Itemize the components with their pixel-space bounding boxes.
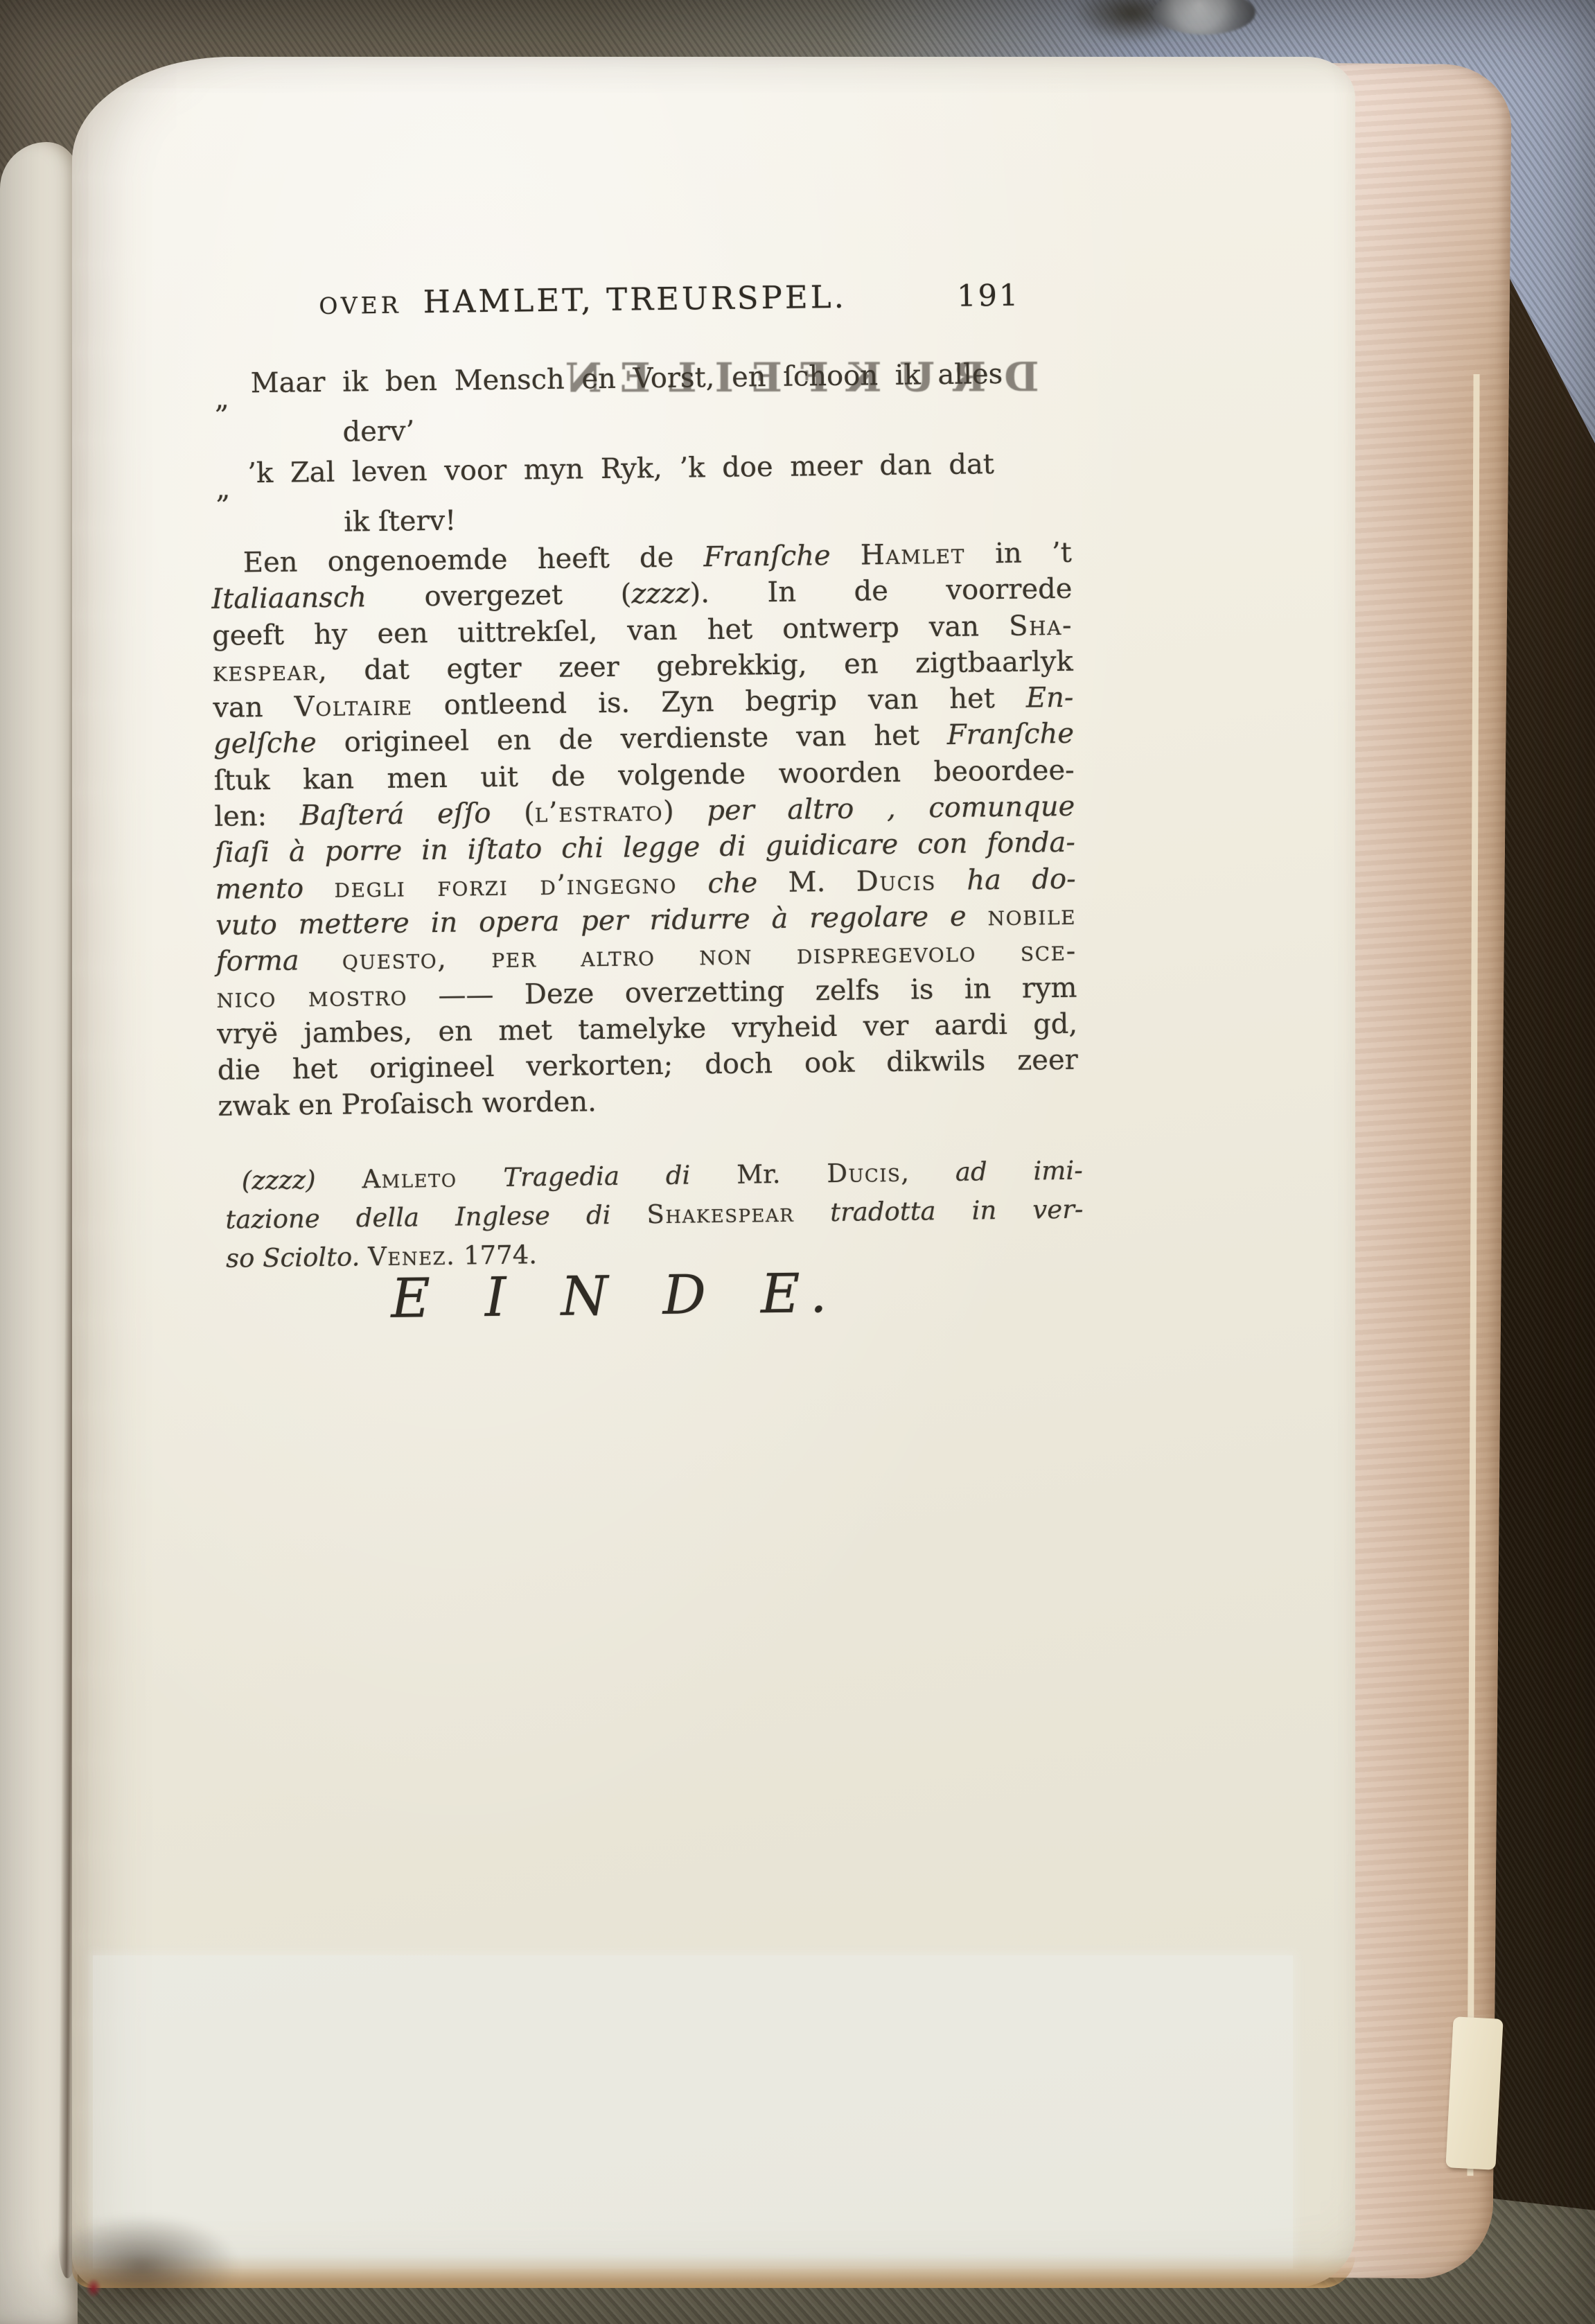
body-paragraph: Een ongenoemde heeft de Franſche Hamlet … xyxy=(211,535,1079,1125)
ending-word: E I N D E. xyxy=(336,1262,891,1331)
header-title: HAMLET, TREURSPEL. xyxy=(423,279,847,320)
book-photo: DRUKFEILEN OVER HAMLET, TREURSPEL. 191 „… xyxy=(0,0,1595,2324)
quote-line: ik ſterv! xyxy=(344,505,457,538)
red-thread xyxy=(86,2278,101,2298)
exposure-artifact xyxy=(93,1955,1293,2269)
gutter-bottom-shadow xyxy=(44,2215,238,2318)
quote-mark: „ xyxy=(215,473,230,505)
quote-line: derv’ xyxy=(342,415,414,448)
footnote: (zzzz) Amleto Tragedia di Mr. Ducis, ad … xyxy=(224,1152,1084,1278)
page-bottom-edge xyxy=(72,2255,1355,2288)
quote-mark: „ xyxy=(215,383,229,415)
loose-page-corner xyxy=(1445,2016,1503,2169)
running-header: OVER HAMLET, TREURSPEL. 191 xyxy=(319,276,1021,322)
header-prefix: OVER xyxy=(319,292,402,319)
quote-line: ’k Zal leven voor myn Ryk, ’k doe meer d… xyxy=(247,448,994,489)
header-title-group: OVER HAMLET, TREURSPEL. xyxy=(319,279,847,322)
page-number: 191 xyxy=(957,279,1021,314)
book-page: DRUKFEILEN OVER HAMLET, TREURSPEL. 191 „… xyxy=(72,57,1355,2288)
